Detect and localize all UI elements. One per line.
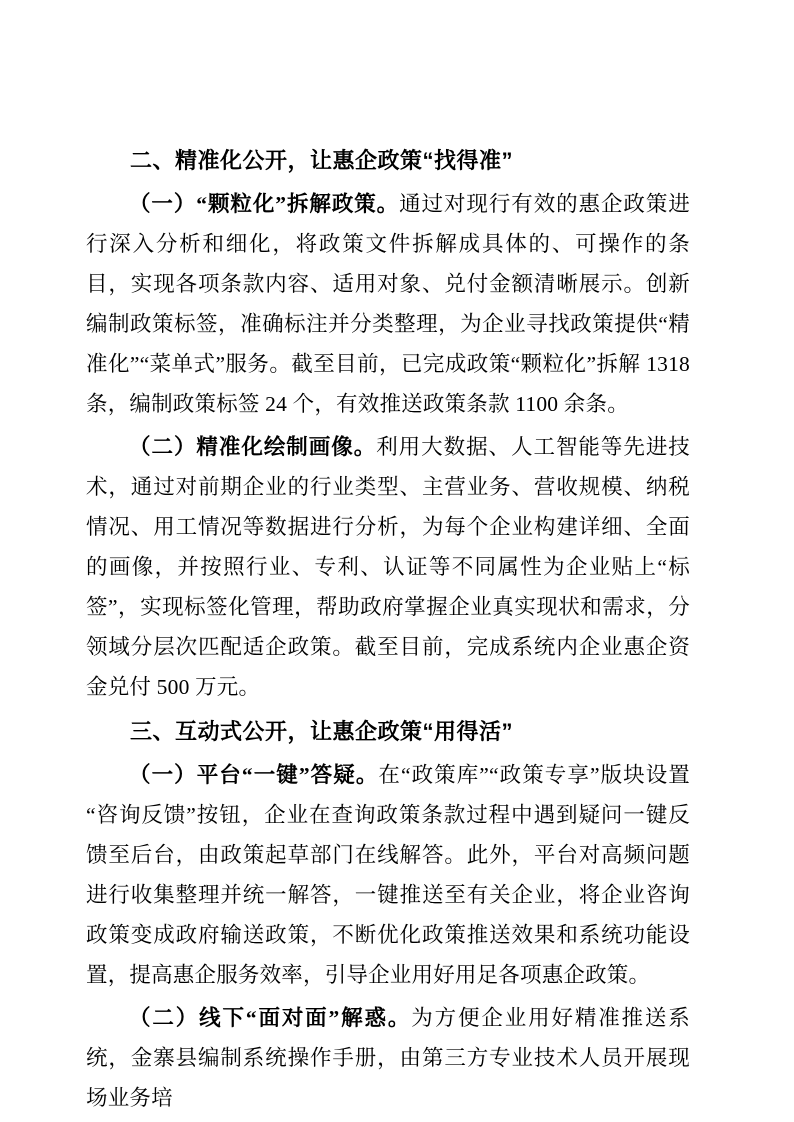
paragraph-text: 在“政策库”“政策专享”版块设置“咨询反馈”按钮，企业在查询政策条款过程中遇到疑… [86, 763, 690, 987]
paragraph-lead: （一）平台“一键”答疑。 [129, 763, 378, 787]
paragraph-lead: （二）线下“面对面”解惑。 [129, 1006, 411, 1030]
paragraph-precise-profiling: （二）精准化绘制画像。利用大数据、人工智能等先进技术，通过对前期企业的行业类型、… [86, 427, 690, 707]
paragraph-text: 利用大数据、人工智能等先进技术，通过对前期企业的行业类型、主营业务、营收规模、纳… [86, 435, 690, 699]
document-page: 二、精准化公开，让惠企政策“找得准” （一）“颗粒化”拆解政策。通过对现行有效的… [0, 0, 794, 1122]
document-content: 二、精准化公开，让惠企政策“找得准” （一）“颗粒化”拆解政策。通过对现行有效的… [0, 0, 794, 1118]
paragraph-lead: （一）“颗粒化”拆解政策。 [129, 192, 399, 216]
paragraph-granular-policy-breakdown: （一）“颗粒化”拆解政策。通过对现行有效的惠企政策进行深入分析和细化，将政策文件… [86, 184, 690, 424]
section-heading-3: 三、互动式公开，让惠企政策“用得活” [86, 712, 690, 752]
paragraph-offline-face-to-face: （二）线下“面对面”解惑。为方便企业用好精准推送系统，金寨县编制系统操作手册，由… [86, 998, 690, 1118]
paragraph-text: 通过对现行有效的惠企政策进行深入分析和细化，将政策文件拆解成具体的、可操作的条目… [86, 192, 690, 416]
paragraph-platform-one-click-answers: （一）平台“一键”答疑。在“政策库”“政策专享”版块设置“咨询反馈”按钮，企业在… [86, 755, 690, 995]
section-heading-2: 二、精准化公开，让惠企政策“找得准” [86, 141, 690, 181]
paragraph-lead: （二）精准化绘制画像。 [129, 435, 376, 459]
